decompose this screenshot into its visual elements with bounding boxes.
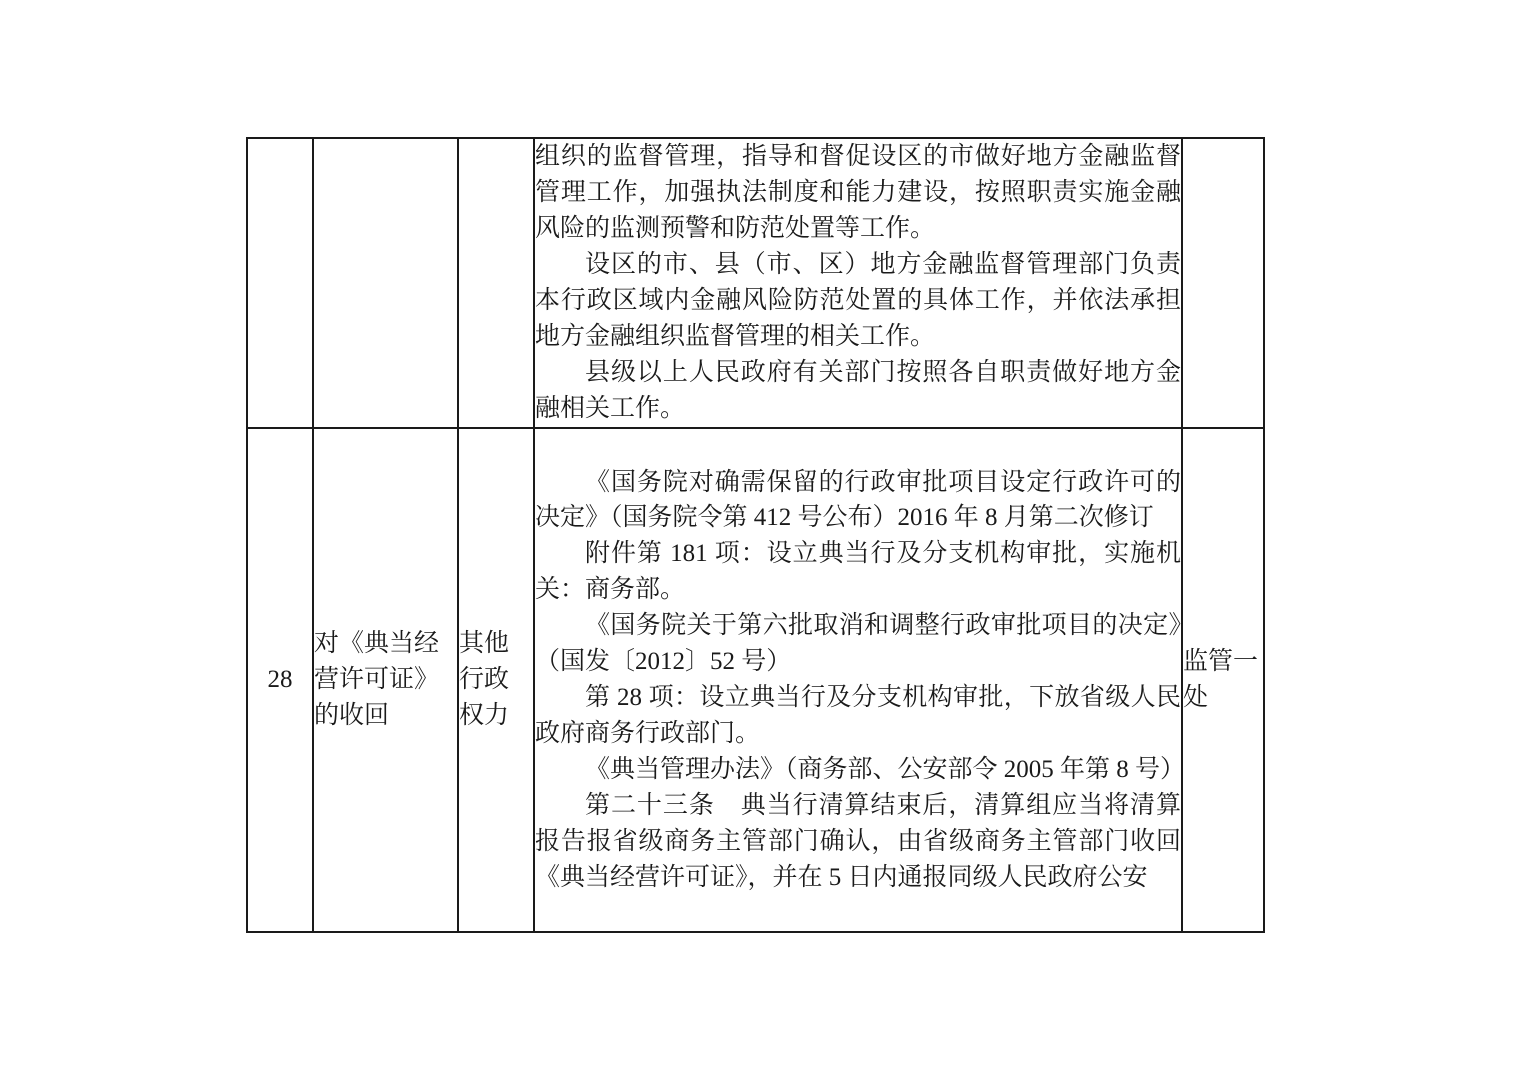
item-name-cell [313, 138, 458, 428]
administrative-powers-table: 组织的监督管理，指导和督促设区的市做好地方金融监督管理工作，加强执法制度和能力建… [246, 137, 1265, 933]
legal-basis-paragraph: 县级以上人民政府有关部门按照各自职责做好地方金融相关工作。 [535, 355, 1181, 427]
legal-basis-paragraph: 附件第 181 项：设立典当行及分支机构审批，实施机关：商务部。 [535, 536, 1181, 608]
power-type-cell: 其他行政权力 [458, 428, 534, 932]
legal-basis-paragraph: 《国务院关于第六批取消和调整行政审批项目的决定》（国发〔2012〕52 号） [535, 608, 1181, 680]
legal-basis-paragraph: 第二十三条 典当行清算结束后，清算组应当将清算报告报省级商务主管部门确认，由省级… [535, 788, 1181, 896]
legal-basis-paragraph: 设区的市、县（市、区）地方金融监督管理部门负责本行政区域内金融风险防范处置的具体… [535, 247, 1181, 355]
power-type-cell [458, 138, 534, 428]
seq-cell: 28 [247, 428, 313, 932]
table-row-continuation: 组织的监督管理，指导和督促设区的市做好地方金融监督管理工作，加强执法制度和能力建… [247, 138, 1264, 428]
seq-cell [247, 138, 313, 428]
item-name-cell: 对《典当经营许可证》的收回 [313, 428, 458, 932]
legal-basis-cell: 《国务院对确需保留的行政审批项目设定行政许可的决定》（国务院令第 412 号公布… [534, 428, 1182, 932]
legal-basis-paragraph: 组织的监督管理，指导和督促设区的市做好地方金融监督管理工作，加强执法制度和能力建… [535, 139, 1181, 247]
legal-basis-paragraph: 《典当管理办法》（商务部、公安部令 2005 年第 8 号） [535, 752, 1181, 788]
department-cell: 监管一处 [1182, 428, 1264, 932]
legal-basis-paragraph: 《国务院对确需保留的行政审批项目设定行政许可的决定》（国务院令第 412 号公布… [535, 465, 1181, 537]
department-cell [1182, 138, 1264, 428]
document-page: 组织的监督管理，指导和督促设区的市做好地方金融监督管理工作，加强执法制度和能力建… [0, 0, 1520, 1074]
legal-basis-paragraph: 第 28 项：设立典当行及分支机构审批，下放省级人民政府商务行政部门。 [535, 680, 1181, 752]
table-row-item-28: 28 对《典当经营许可证》的收回 其他行政权力 《国务院对确需保留的行政审批项目… [247, 428, 1264, 932]
legal-basis-cell: 组织的监督管理，指导和督促设区的市做好地方金融监督管理工作，加强执法制度和能力建… [534, 138, 1182, 428]
